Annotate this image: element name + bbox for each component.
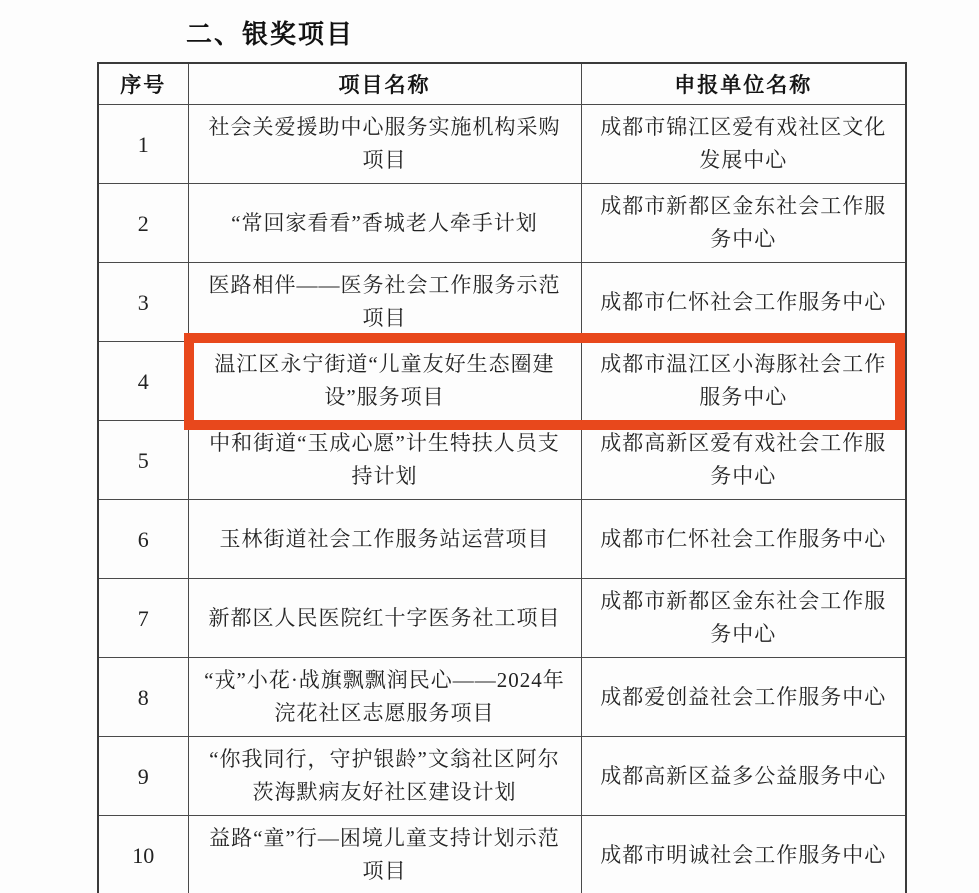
table-row: 6玉林街道社会工作服务站运营项目成都市仁怀社会工作服务中心 <box>98 500 906 579</box>
row-index-cell: 1 <box>98 105 188 184</box>
silver-award-table: 序号 项目名称 申报单位名称 1社会关爱援助中心服务实施机构采购项目成都市锦江区… <box>97 62 907 893</box>
row-index-cell: 8 <box>98 658 188 737</box>
project-name-cell: 社会关爱援助中心服务实施机构采购项目 <box>188 105 581 184</box>
applicant-org-cell: 成都高新区益多公益服务中心 <box>581 737 906 816</box>
applicant-org-cell: 成都市仁怀社会工作服务中心 <box>581 500 906 579</box>
col-header-applicant-org: 申报单位名称 <box>581 63 906 105</box>
section-title: 二、银奖项目 <box>186 14 354 51</box>
row-index-cell: 3 <box>98 263 188 342</box>
header-row: 序号 项目名称 申报单位名称 <box>98 63 906 105</box>
project-name-cell: 益路“童”行—困境儿童支持计划示范项目 <box>188 816 581 893</box>
applicant-org-cell: 成都高新区爱有戏社会工作服务中心 <box>581 421 906 500</box>
project-name-cell: 中和街道“玉成心愿”计生特扶人员支持计划 <box>188 421 581 500</box>
row-index-cell: 2 <box>98 184 188 263</box>
applicant-org-cell: 成都爱创益社会工作服务中心 <box>581 658 906 737</box>
table-row: 4温江区永宁街道“儿童友好生态圈建设”服务项目成都市温江区小海豚社会工作服务中心 <box>98 342 906 421</box>
table-row: 10益路“童”行—困境儿童支持计划示范项目成都市明诚社会工作服务中心 <box>98 816 906 893</box>
project-name-cell: 新都区人民医院红十字医务社工项目 <box>188 579 581 658</box>
table-row: 8“戎”小花·战旗飘飘润民心——2024年浣花社区志愿服务项目成都爱创益社会工作… <box>98 658 906 737</box>
row-index-cell: 6 <box>98 500 188 579</box>
applicant-org-cell: 成都市锦江区爱有戏社区文化发展中心 <box>581 105 906 184</box>
award-table-wrap: 序号 项目名称 申报单位名称 1社会关爱援助中心服务实施机构采购项目成都市锦江区… <box>97 62 905 893</box>
applicant-org-cell: 成都市仁怀社会工作服务中心 <box>581 263 906 342</box>
table-row: 9“你我同行，守护银龄”文翁社区阿尔茨海默病友好社区建设计划成都高新区益多公益服… <box>98 737 906 816</box>
row-index-cell: 5 <box>98 421 188 500</box>
project-name-cell: 医路相伴——医务社会工作服务示范项目 <box>188 263 581 342</box>
table-body: 1社会关爱援助中心服务实施机构采购项目成都市锦江区爱有戏社区文化发展中心2“常回… <box>98 105 906 893</box>
row-index-cell: 7 <box>98 579 188 658</box>
project-name-cell: “你我同行，守护银龄”文翁社区阿尔茨海默病友好社区建设计划 <box>188 737 581 816</box>
applicant-org-cell: 成都市新都区金东社会工作服务中心 <box>581 579 906 658</box>
col-header-project-name: 项目名称 <box>188 63 581 105</box>
project-name-cell: “常回家看看”香城老人牵手计划 <box>188 184 581 263</box>
applicant-org-cell: 成都市温江区小海豚社会工作服务中心 <box>581 342 906 421</box>
table-row: 3医路相伴——医务社会工作服务示范项目成都市仁怀社会工作服务中心 <box>98 263 906 342</box>
applicant-org-cell: 成都市新都区金东社会工作服务中心 <box>581 184 906 263</box>
table-row: 1社会关爱援助中心服务实施机构采购项目成都市锦江区爱有戏社区文化发展中心 <box>98 105 906 184</box>
row-index-cell: 9 <box>98 737 188 816</box>
project-name-cell: “戎”小花·战旗飘飘润民心——2024年浣花社区志愿服务项目 <box>188 658 581 737</box>
applicant-org-cell: 成都市明诚社会工作服务中心 <box>581 816 906 893</box>
col-header-index: 序号 <box>98 63 188 105</box>
row-index-cell: 4 <box>98 342 188 421</box>
table-row: 7新都区人民医院红十字医务社工项目成都市新都区金东社会工作服务中心 <box>98 579 906 658</box>
project-name-cell: 玉林街道社会工作服务站运营项目 <box>188 500 581 579</box>
row-index-cell: 10 <box>98 816 188 893</box>
document-page: 二、银奖项目 序号 项目名称 申报单位名称 1社会关爱援助中心服务实施机构采购项… <box>0 0 979 893</box>
table-row: 2“常回家看看”香城老人牵手计划成都市新都区金东社会工作服务中心 <box>98 184 906 263</box>
table-row: 5中和街道“玉成心愿”计生特扶人员支持计划成都高新区爱有戏社会工作服务中心 <box>98 421 906 500</box>
project-name-cell: 温江区永宁街道“儿童友好生态圈建设”服务项目 <box>188 342 581 421</box>
table-header: 序号 项目名称 申报单位名称 <box>98 63 906 105</box>
